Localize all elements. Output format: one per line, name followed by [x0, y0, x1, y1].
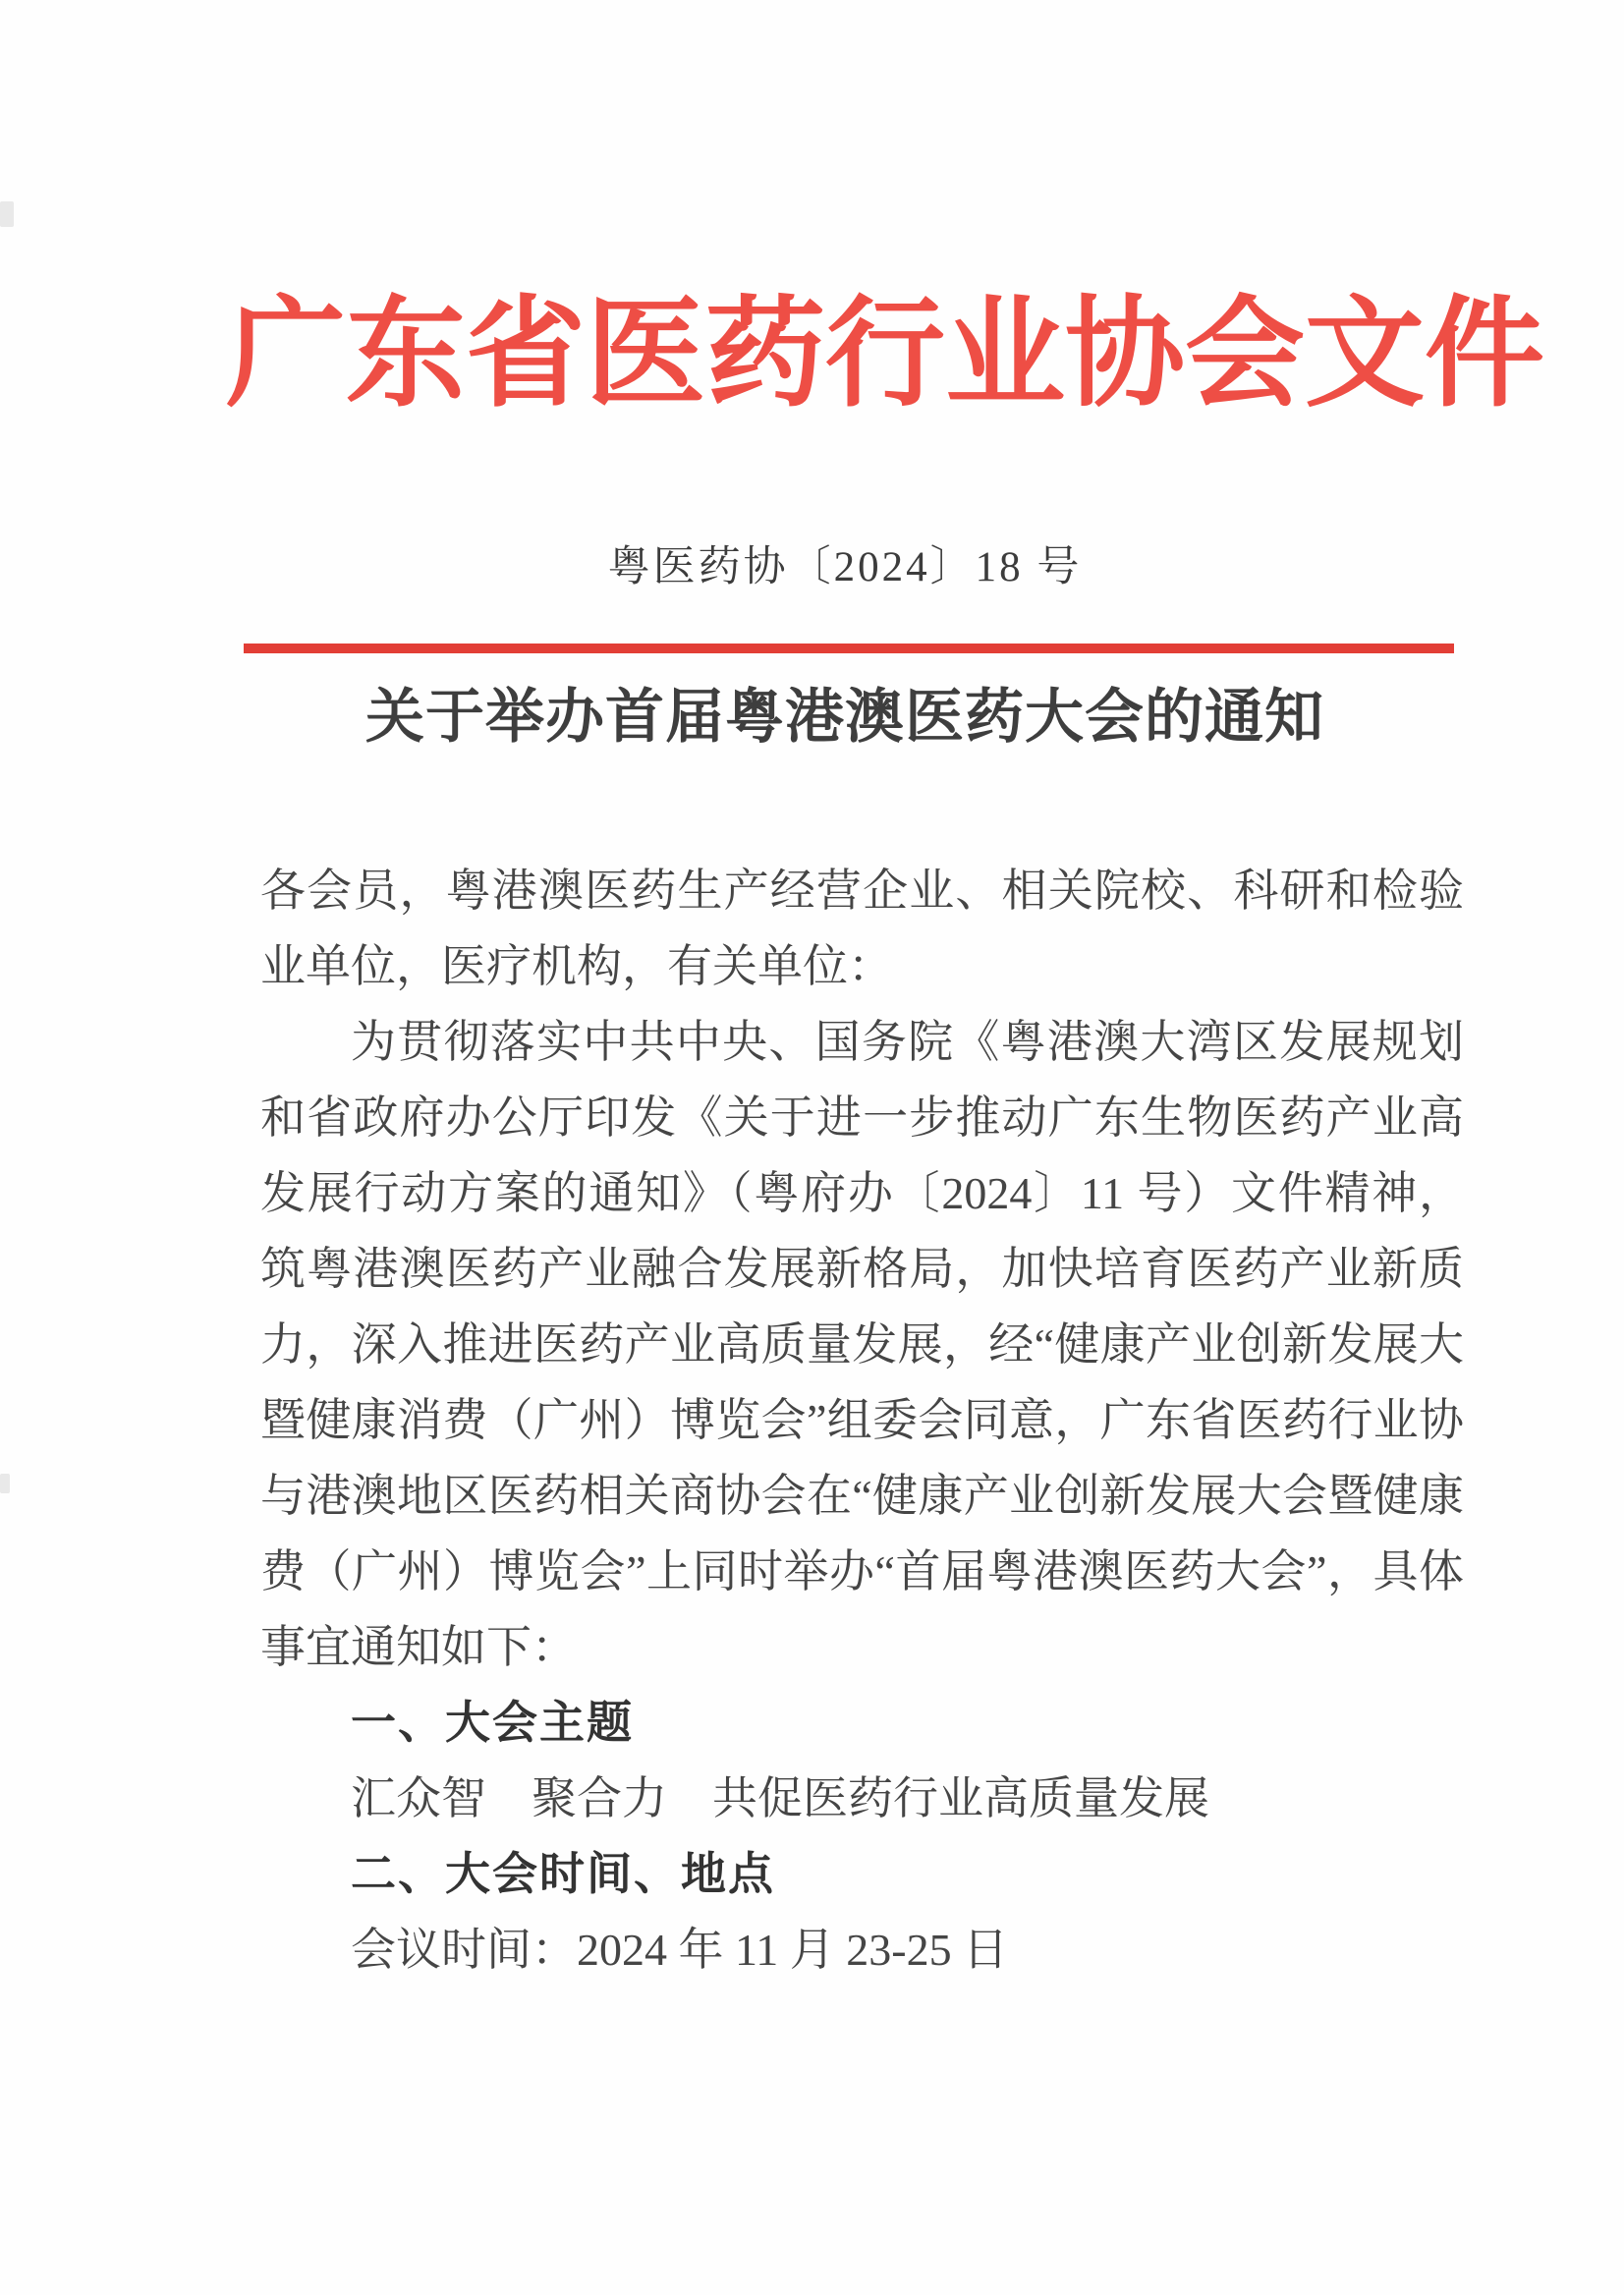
body-line: 费（广州）博览会”上同时举办“首届粤港澳医药大会”，具体	[260, 1534, 1464, 1609]
red-divider-line	[244, 644, 1454, 653]
section-1-theme: 汇众智 聚合力 共促医药行业高质量发展	[260, 1761, 1464, 1836]
body-line: 和省政府办公厅印发《关于进一步推动广东生物医药产业高质量	[260, 1080, 1464, 1155]
scan-artifact	[0, 1474, 10, 1493]
body-line: 筑粤港澳医药产业融合发展新格局，加快培育医药产业新质生产	[260, 1231, 1464, 1307]
body-line: 为贯彻落实中共中央、国务院《粤港澳大湾区发展规划纲要》	[260, 1004, 1464, 1080]
body-line: 发展行动方案的通知》（粤府办〔2024〕11 号）文件精神，构	[260, 1155, 1464, 1231]
body-line: 各会员，粤港澳医药生产经营企业、相关院校、科研和检验企事	[260, 853, 1464, 928]
body-line: 暨健康消费（广州）博览会”组委会同意，广东省医药行业协会	[260, 1382, 1464, 1458]
body-line: 业单位，医疗机构，有关单位：	[260, 928, 1464, 1004]
body-line: 事宜通知如下：	[260, 1609, 1464, 1685]
body-line: 力，深入推进医药产业高质量发展，经“健康产业创新发展大会	[260, 1307, 1464, 1382]
section-1-heading: 一、大会主题	[260, 1685, 1464, 1761]
document-body: 各会员，粤港澳医药生产经营企业、相关院校、科研和检验企事 业单位，医疗机构，有关…	[260, 853, 1464, 1987]
document-title: 关于举办首届粤港澳医药大会的通知	[226, 676, 1464, 758]
scan-artifact	[0, 201, 14, 227]
organization-title: 广东省医药行业协会文件	[226, 287, 1464, 424]
section-2-heading: 二、大会时间、地点	[260, 1836, 1464, 1912]
body-line: 与港澳地区医药相关商协会在“健康产业创新发展大会暨健康消	[260, 1458, 1464, 1534]
document-page: 广东省医药行业协会文件 粤医药协〔2024〕18 号 关于举办首届粤港澳医药大会…	[0, 0, 1624, 2295]
meeting-time-line: 会议时间：2024 年 11 月 23-25 日	[260, 1912, 1464, 1987]
document-number: 粤医药协〔2024〕18 号	[226, 538, 1464, 597]
